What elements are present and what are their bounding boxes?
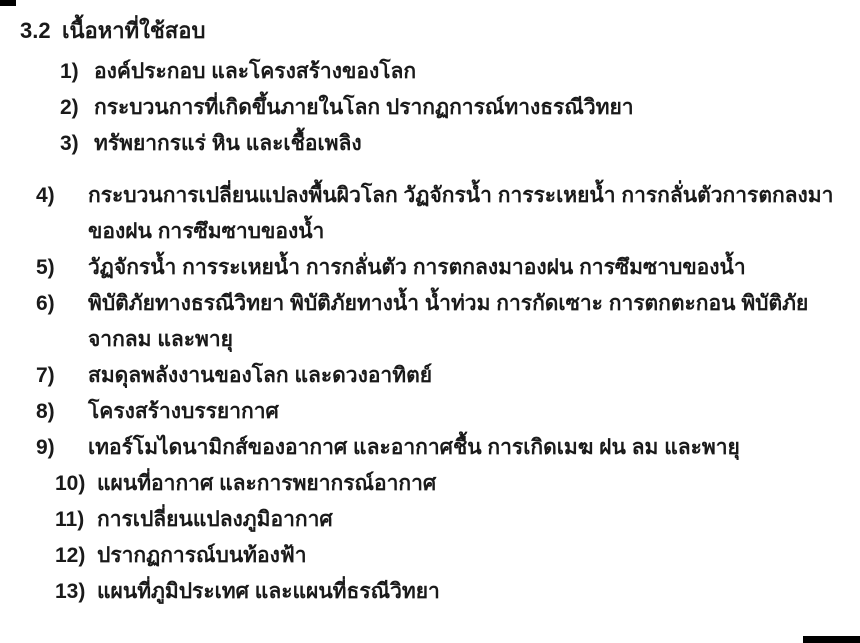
list-item: 9)เทอร์โมไดนามิกส์ของอากาศ และอากาศชื้น …	[0, 430, 834, 466]
item-text: กระบวนการที่เกิดขึ้นภายในโลก ปรากฏการณ์ท…	[94, 90, 834, 126]
list-item: 1)องค์ประกอบ และโครงสร้างของโลก	[0, 54, 834, 90]
item-number: 8)	[36, 394, 88, 430]
item-text: โครงสร้างบรรยากาศ	[88, 394, 834, 430]
list-item: 8)โครงสร้างบรรยากาศ	[0, 394, 834, 430]
item-text: การเปลี่ยนแปลงภูมิอากาศ	[97, 502, 834, 538]
item-text: แผนที่อากาศ และการพยากรณ์อากาศ	[97, 466, 834, 502]
topic-list: 1)องค์ประกอบ และโครงสร้างของโลก2)กระบวนก…	[0, 54, 834, 610]
item-text: องค์ประกอบ และโครงสร้างของโลก	[94, 54, 834, 90]
item-number: 3)	[60, 126, 94, 162]
list-item: 10)แผนที่อากาศ และการพยากรณ์อากาศ	[0, 466, 834, 502]
item-number: 5)	[36, 250, 88, 286]
item-number: 12)	[55, 538, 97, 574]
item-number: 4)	[36, 178, 88, 214]
list-item: 12)ปรากฏการณ์บนท้องฟ้า	[0, 538, 834, 574]
list-item: 11)การเปลี่ยนแปลงภูมิอากาศ	[0, 502, 834, 538]
item-number: 10)	[55, 466, 97, 502]
item-text: พิบัติภัยทางธรณีวิทยา พิบัติภัยทางน้ำ น้…	[88, 286, 834, 358]
item-number: 9)	[36, 430, 88, 466]
item-text: ทรัพยากรแร่ หิน และเชื้อเพลิง	[94, 126, 834, 162]
item-number: 6)	[36, 286, 88, 322]
item-number: 13)	[55, 574, 97, 610]
item-text: วัฏจักรน้ำ การระเหยน้ำ การกลั่นตัว การตก…	[88, 250, 834, 286]
list-item: 5)วัฏจักรน้ำ การระเหยน้ำ การกลั่นตัว การ…	[0, 250, 834, 286]
list-item: 6)พิบัติภัยทางธรณีวิทยา พิบัติภัยทางน้ำ …	[0, 286, 834, 358]
item-text: สมดุลพลังงานของโลก และดวงอาทิตย์	[88, 358, 834, 394]
document-page: 3.2 เนื้อหาที่ใช้สอบ 1)องค์ประกอบ และโคร…	[0, 0, 860, 643]
item-text: เทอร์โมไดนามิกส์ของอากาศ และอากาศชื้น กา…	[88, 430, 834, 466]
item-text: แผนที่ภูมิประเทศ และแผนที่ธรณีวิทยา	[97, 574, 834, 610]
list-item: 7)สมดุลพลังงานของโลก และดวงอาทิตย์	[0, 358, 834, 394]
item-text: ปรากฏการณ์บนท้องฟ้า	[97, 538, 834, 574]
scan-artifact-bottom-right	[803, 636, 860, 643]
scan-artifact-top-left	[0, 0, 16, 6]
list-item: 3)ทรัพยากรแร่ หิน และเชื้อเพลิง	[0, 126, 834, 162]
item-text: กระบวนการเปลี่ยนแปลงพื้นผิวโลก วัฏจักรน้…	[88, 178, 834, 250]
item-number: 2)	[60, 90, 94, 126]
item-number: 1)	[60, 54, 94, 90]
section-heading: 3.2 เนื้อหาที่ใช้สอบ	[0, 16, 834, 46]
section-number: 3.2	[20, 16, 62, 46]
item-number: 11)	[55, 502, 97, 538]
list-item: 13)แผนที่ภูมิประเทศ และแผนที่ธรณีวิทยา	[0, 574, 834, 610]
item-number: 7)	[36, 358, 88, 394]
list-item: 2)กระบวนการที่เกิดขึ้นภายในโลก ปรากฏการณ…	[0, 90, 834, 126]
section-title: เนื้อหาที่ใช้สอบ	[62, 16, 834, 46]
list-item: 4)กระบวนการเปลี่ยนแปลงพื้นผิวโลก วัฏจักร…	[0, 178, 834, 250]
